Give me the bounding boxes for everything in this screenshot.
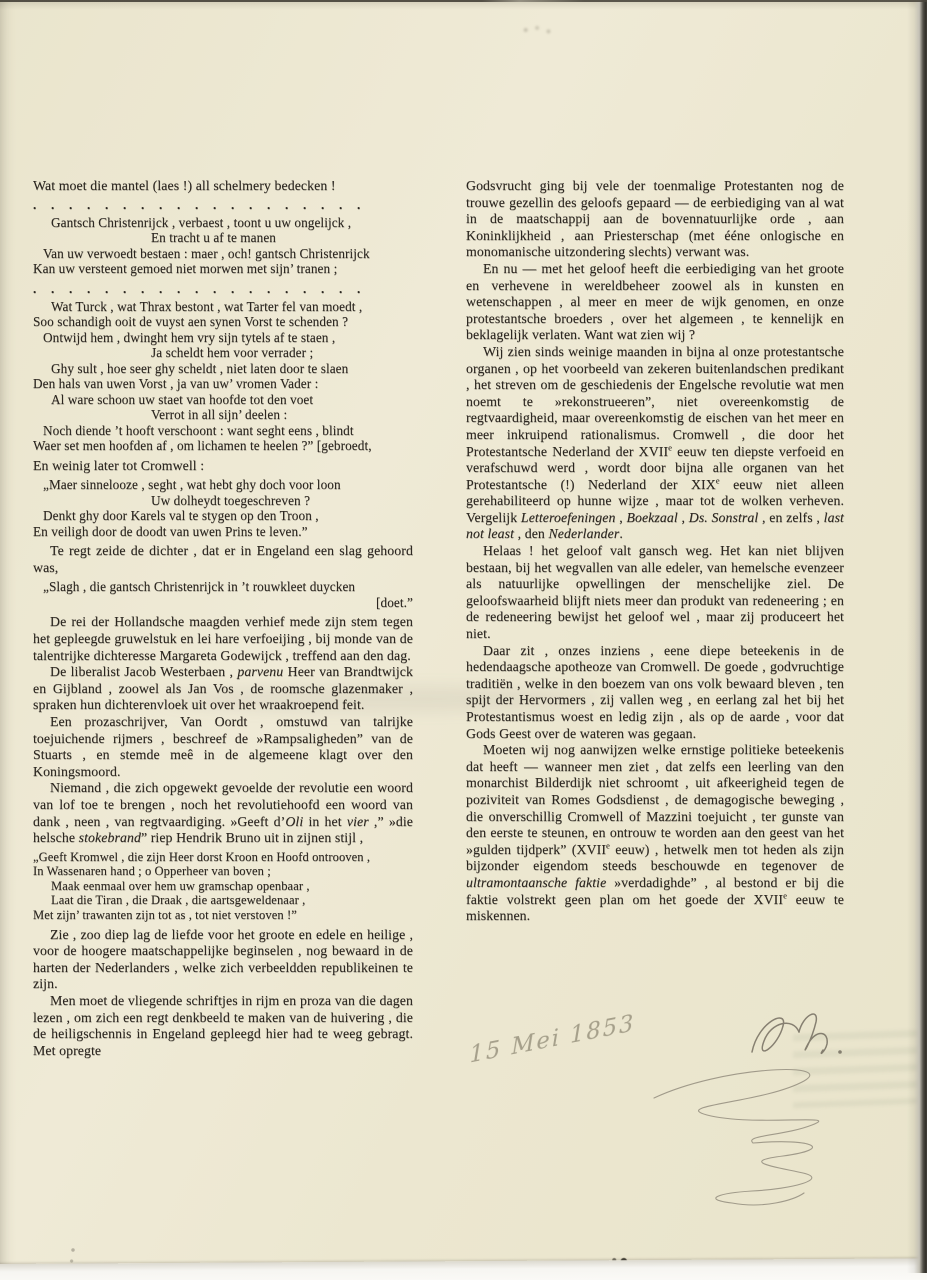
verse-line: Ja scheldt hem voor verrader ; xyxy=(151,345,413,361)
verse-block: Wat Turck , wat Thrax bestont , wat Tart… xyxy=(33,299,413,454)
verse-line: Ghy sult , hoe seer ghy scheldt , niet l… xyxy=(51,361,413,377)
page-bottom-edge xyxy=(0,1258,927,1280)
verse-line: Verrot in all sijn’ deelen : xyxy=(151,407,413,423)
left-column: Wat moet die mantel (laes !) all schelme… xyxy=(33,178,413,1059)
verse-line: Maak eenmaal over hem uw gramschap openb… xyxy=(51,879,413,894)
paragraph: De liberalist Jacob Westerbaen , parvenu… xyxy=(33,664,413,714)
verse-line: Den hals van uwen Vorst , ja van uw’ vro… xyxy=(33,376,413,392)
verse-block: „Geeft Kromwel , die zijn Heer dorst Kro… xyxy=(33,850,413,923)
verse-line: Gantsch Christenrijck , verbaest , toont… xyxy=(51,215,413,231)
paragraph: Daar zit , onzes inziens , eene diepe be… xyxy=(466,643,844,743)
verse-line: [doet.” xyxy=(33,595,413,611)
dotted-separator: . . . . . . . . . . . . . . . . . . . xyxy=(33,197,413,212)
verse-line: Soo schandigh ooit de vuyst aen synen Vo… xyxy=(33,314,413,330)
paragraph: Helaas ! het geloof valt gansch weg. Het… xyxy=(466,543,844,643)
verse-block: „Maer sinnelooze , seght , wat hebt ghy … xyxy=(33,477,413,539)
scanned-page: Wat moet die mantel (laes !) all schelme… xyxy=(0,0,927,1280)
page-right-edge xyxy=(907,0,927,1273)
paragraph: Te regt zeide de dichter , dat er in Eng… xyxy=(33,543,413,576)
paragraph: Een prozaschrijver, Van Oordt , omstuwd … xyxy=(33,714,413,780)
signature-initials xyxy=(752,1014,842,1054)
dotted-separator: . . . . . . . . . . . . . . . . . . . xyxy=(33,281,413,296)
verse-line: Denkt ghy door Karels val te stygen op d… xyxy=(43,508,413,524)
paragraph: Zie , zoo diep lag de liefde voor het gr… xyxy=(33,927,413,993)
page-top-edge xyxy=(0,0,927,2)
verse-line: Al ware schoon uw staet van hoofde tot d… xyxy=(51,392,413,408)
paragraph: Men moet de vliegende schriftjes in rijm… xyxy=(33,993,413,1059)
paragraph: Godsvrucht ging bij vele der toenmalige … xyxy=(466,178,844,261)
verse-line: „Maer sinnelooze , seght , wat hebt ghy … xyxy=(43,477,413,493)
verse-line: En veiligh door de doodt van uwen Prins … xyxy=(33,524,413,540)
verse-line: „Geeft Kromwel , die zijn Heer dorst Kro… xyxy=(33,850,413,865)
verse-line: Laat die Tiran , die Draak , die aartsge… xyxy=(51,893,413,908)
verse-line: In Wassenaren hand ; o Opperheer van bov… xyxy=(33,864,413,879)
paragraph: Wat moet die mantel (laes !) all schelme… xyxy=(33,178,413,195)
verse-line: En tracht u af te manen xyxy=(151,230,413,246)
verse-line: Met zijn’ trawanten zijn tot as , tot ni… xyxy=(33,908,413,923)
paragraph: En weinig later tot Cromwell : xyxy=(33,458,413,475)
verse-line: Kan uw versteent gemoed niet morwen met … xyxy=(33,261,413,277)
paragraph: Niemand , die zich opgewekt gevoelde der… xyxy=(33,780,413,846)
paragraph: Wij zien sinds weinige maanden in bijna … xyxy=(466,344,844,543)
signature xyxy=(652,1002,924,1214)
verse-block: „Slagh , die gantsch Christenrijck in ’t… xyxy=(33,579,413,610)
ink-speck xyxy=(520,23,558,37)
right-column: Godsvrucht ging bij vele der toenmalige … xyxy=(466,178,844,925)
paragraph: De rei der Hollandsche maagden verhief m… xyxy=(33,614,413,664)
verse-line: Noch diende ’t hooft verschoont : want s… xyxy=(43,423,413,439)
signature-flourish xyxy=(654,1070,819,1205)
handwritten-date: 15 Mei 1853 xyxy=(469,1010,636,1069)
verse-line: Uw dolheydt toegeschreven ? xyxy=(151,493,413,509)
paragraph: Moeten wij nog aanwijzen welke ernstige … xyxy=(466,742,844,925)
verse-line: „Slagh , die gantsch Christenrijck in ’t… xyxy=(43,579,413,595)
verse-line: Van uw verwoedt bestaen : maer , och! ga… xyxy=(43,246,413,262)
verse-line: Ontwijd hem , dwinght hem vry sijn tytel… xyxy=(43,330,413,346)
verse-line: Waer set men hoofden af , om lichamen te… xyxy=(33,438,413,454)
verse-line: Wat Turck , wat Thrax bestont , wat Tart… xyxy=(51,299,413,315)
paragraph: En nu — met het geloof heeft die eerbied… xyxy=(466,261,844,344)
verse-block: Gantsch Christenrijck , verbaest , toont… xyxy=(33,215,413,277)
